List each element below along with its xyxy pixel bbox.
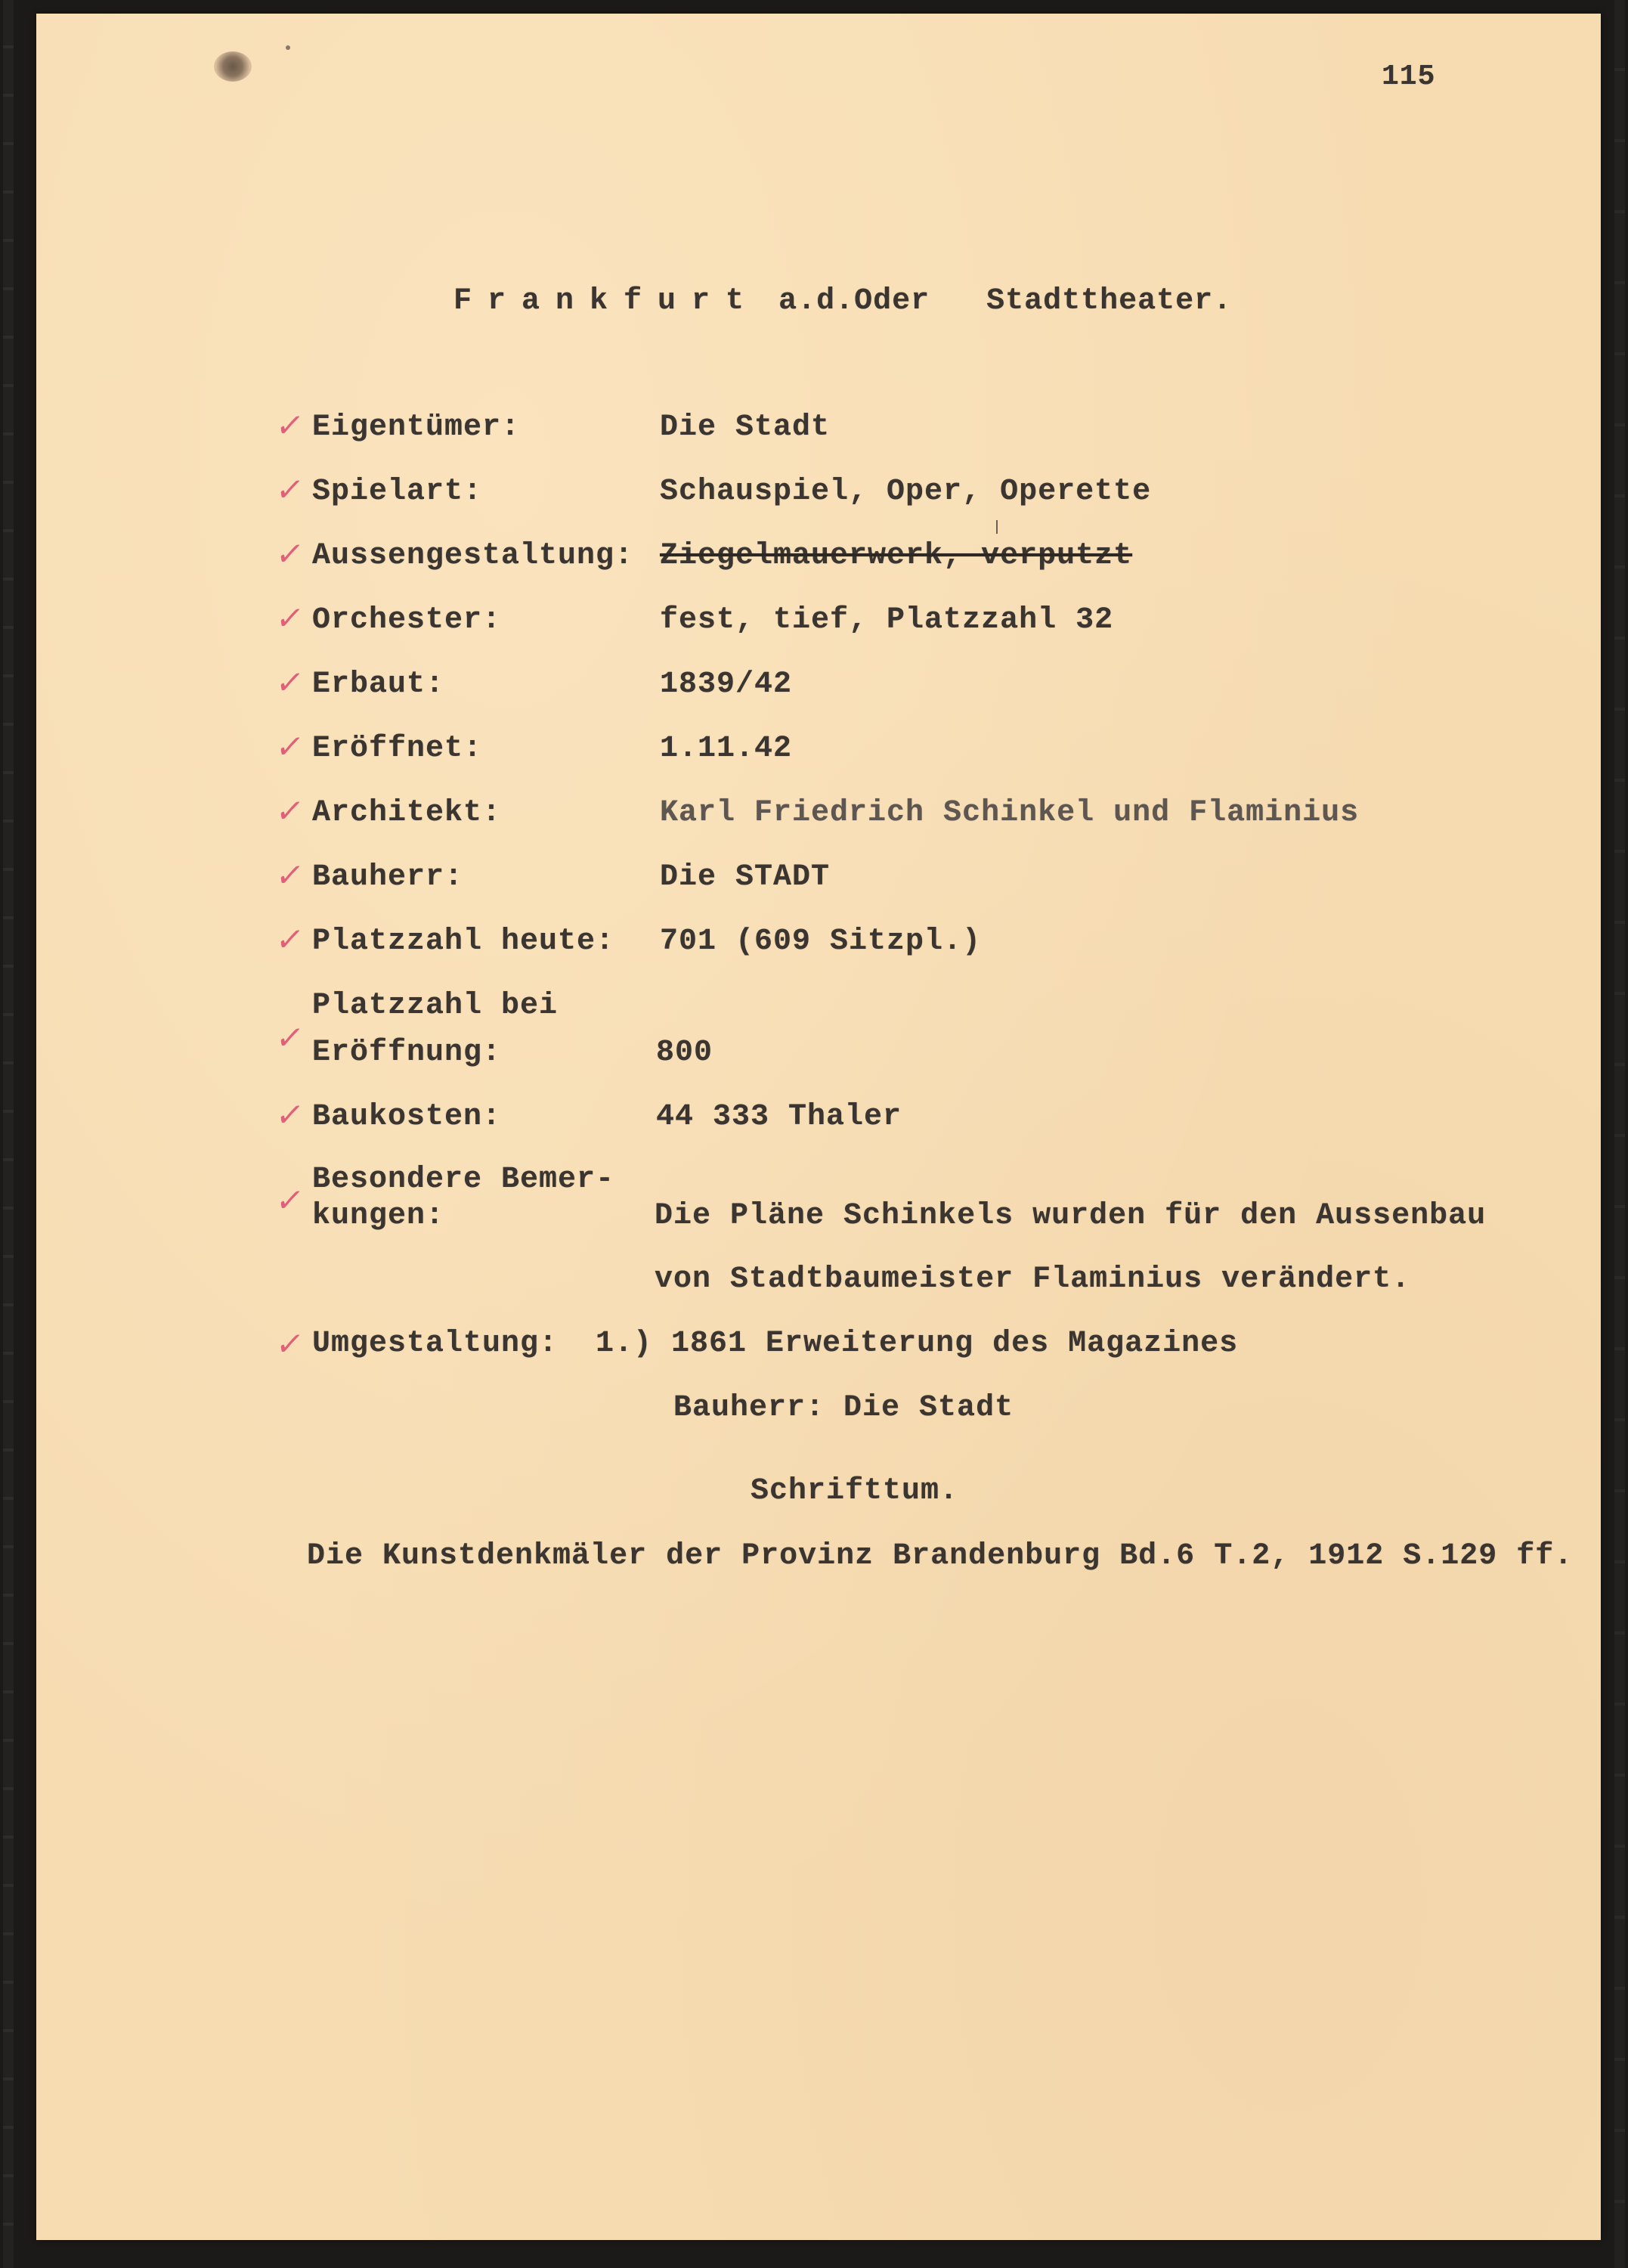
field-label-redesign: Umgestaltung: bbox=[312, 1327, 558, 1361]
field-label-opened: Eröffnet: bbox=[312, 732, 482, 766]
check-mark-icon: ✓ bbox=[274, 1019, 307, 1056]
check-mark-icon: ✓ bbox=[274, 600, 307, 637]
page-number: 115 bbox=[1382, 60, 1435, 93]
literature-heading: Schrifttum. bbox=[751, 1474, 958, 1508]
field-label-architect: Architekt: bbox=[312, 796, 501, 830]
field-value-exterior: Ziegelmauerwerk, verputzt bbox=[660, 539, 1132, 573]
check-mark-icon: ✓ bbox=[274, 1096, 307, 1133]
struck-value-exterior: Ziegelmauerwerk, verputzt bbox=[660, 539, 1132, 573]
check-mark-icon: ✓ bbox=[274, 792, 307, 829]
page-title: Frankfurt a.d.Oder Stadttheater. bbox=[453, 284, 1232, 318]
field-label-remarks-line2: kungen: bbox=[312, 1199, 444, 1233]
field-value-cost: 44 333 Thaler bbox=[656, 1100, 902, 1134]
literature-entry: Die Kunstdenkmäler der Provinz Brandenbu… bbox=[307, 1539, 1573, 1573]
check-mark-icon: ✓ bbox=[274, 535, 307, 572]
field-value-architect: Karl Friedrich Schinkel und Flaminius bbox=[660, 796, 1359, 830]
left-edge-marks bbox=[3, 0, 14, 2268]
field-label-seats-today: Platzzahl heute: bbox=[312, 925, 614, 959]
field-label-seats-opening-line1: Platzzahl bei bbox=[312, 989, 558, 1023]
check-mark-icon: ✓ bbox=[274, 728, 307, 765]
field-value-owner: Die Stadt bbox=[660, 411, 830, 445]
check-mark-icon: ✓ bbox=[274, 857, 307, 894]
field-label-owner: Eigentümer: bbox=[312, 411, 520, 445]
title-city: Frankfurt bbox=[453, 284, 760, 318]
check-mark-icon: ✓ bbox=[274, 407, 307, 444]
field-value-genre: Schauspiel, Oper, Operette bbox=[660, 475, 1151, 509]
field-value-redesign-line1: 1.) 1861 Erweiterung des Magazines bbox=[596, 1327, 1238, 1361]
ink-stain bbox=[214, 51, 252, 82]
field-label-client: Bauherr: bbox=[312, 860, 463, 894]
title-theatre: Stadttheater. bbox=[986, 284, 1232, 318]
field-label-built: Erbaut: bbox=[312, 668, 444, 702]
field-label-exterior: Aussengestaltung: bbox=[312, 539, 633, 573]
field-value-seats-today: 701 (609 Sitzpl.) bbox=[660, 925, 981, 959]
check-mark-icon: ✓ bbox=[274, 471, 307, 508]
typed-document-page: 115 Frankfurt a.d.Oder Stadttheater. ✓ E… bbox=[36, 14, 1601, 2240]
field-label-orchestra: Orchester: bbox=[312, 603, 501, 637]
title-city-suffix: a.d.Oder bbox=[778, 284, 930, 318]
field-value-redesign-line2: Bauherr: Die Stadt bbox=[673, 1391, 1014, 1425]
field-value-opened: 1.11.42 bbox=[660, 732, 792, 766]
field-value-orchestra: fest, tief, Platzzahl 32 bbox=[660, 603, 1113, 637]
field-label-seats-opening-line2: Eröffnung: bbox=[312, 1036, 501, 1070]
right-edge-marks bbox=[1614, 0, 1625, 2268]
field-value-remarks-line1: Die Pläne Schinkels wurden für den Ausse… bbox=[655, 1199, 1486, 1233]
field-label-remarks-line1: Besondere Bemer- bbox=[312, 1163, 614, 1197]
field-value-seats-opening: 800 bbox=[656, 1036, 713, 1070]
field-label-genre: Spielart: bbox=[312, 475, 482, 509]
check-mark-icon: ✓ bbox=[274, 1325, 307, 1362]
check-mark-icon: ✓ bbox=[274, 921, 307, 958]
check-mark-icon: ✓ bbox=[274, 1182, 307, 1219]
field-value-remarks-line2: von Stadtbaumeister Flaminius verändert. bbox=[655, 1263, 1410, 1297]
field-label-cost: Baukosten: bbox=[312, 1100, 501, 1134]
pencil-mark bbox=[996, 520, 998, 534]
field-value-client: Die STADT bbox=[660, 860, 830, 894]
ink-dot bbox=[286, 45, 290, 50]
check-mark-icon: ✓ bbox=[274, 664, 307, 701]
field-value-built: 1839/42 bbox=[660, 668, 792, 702]
